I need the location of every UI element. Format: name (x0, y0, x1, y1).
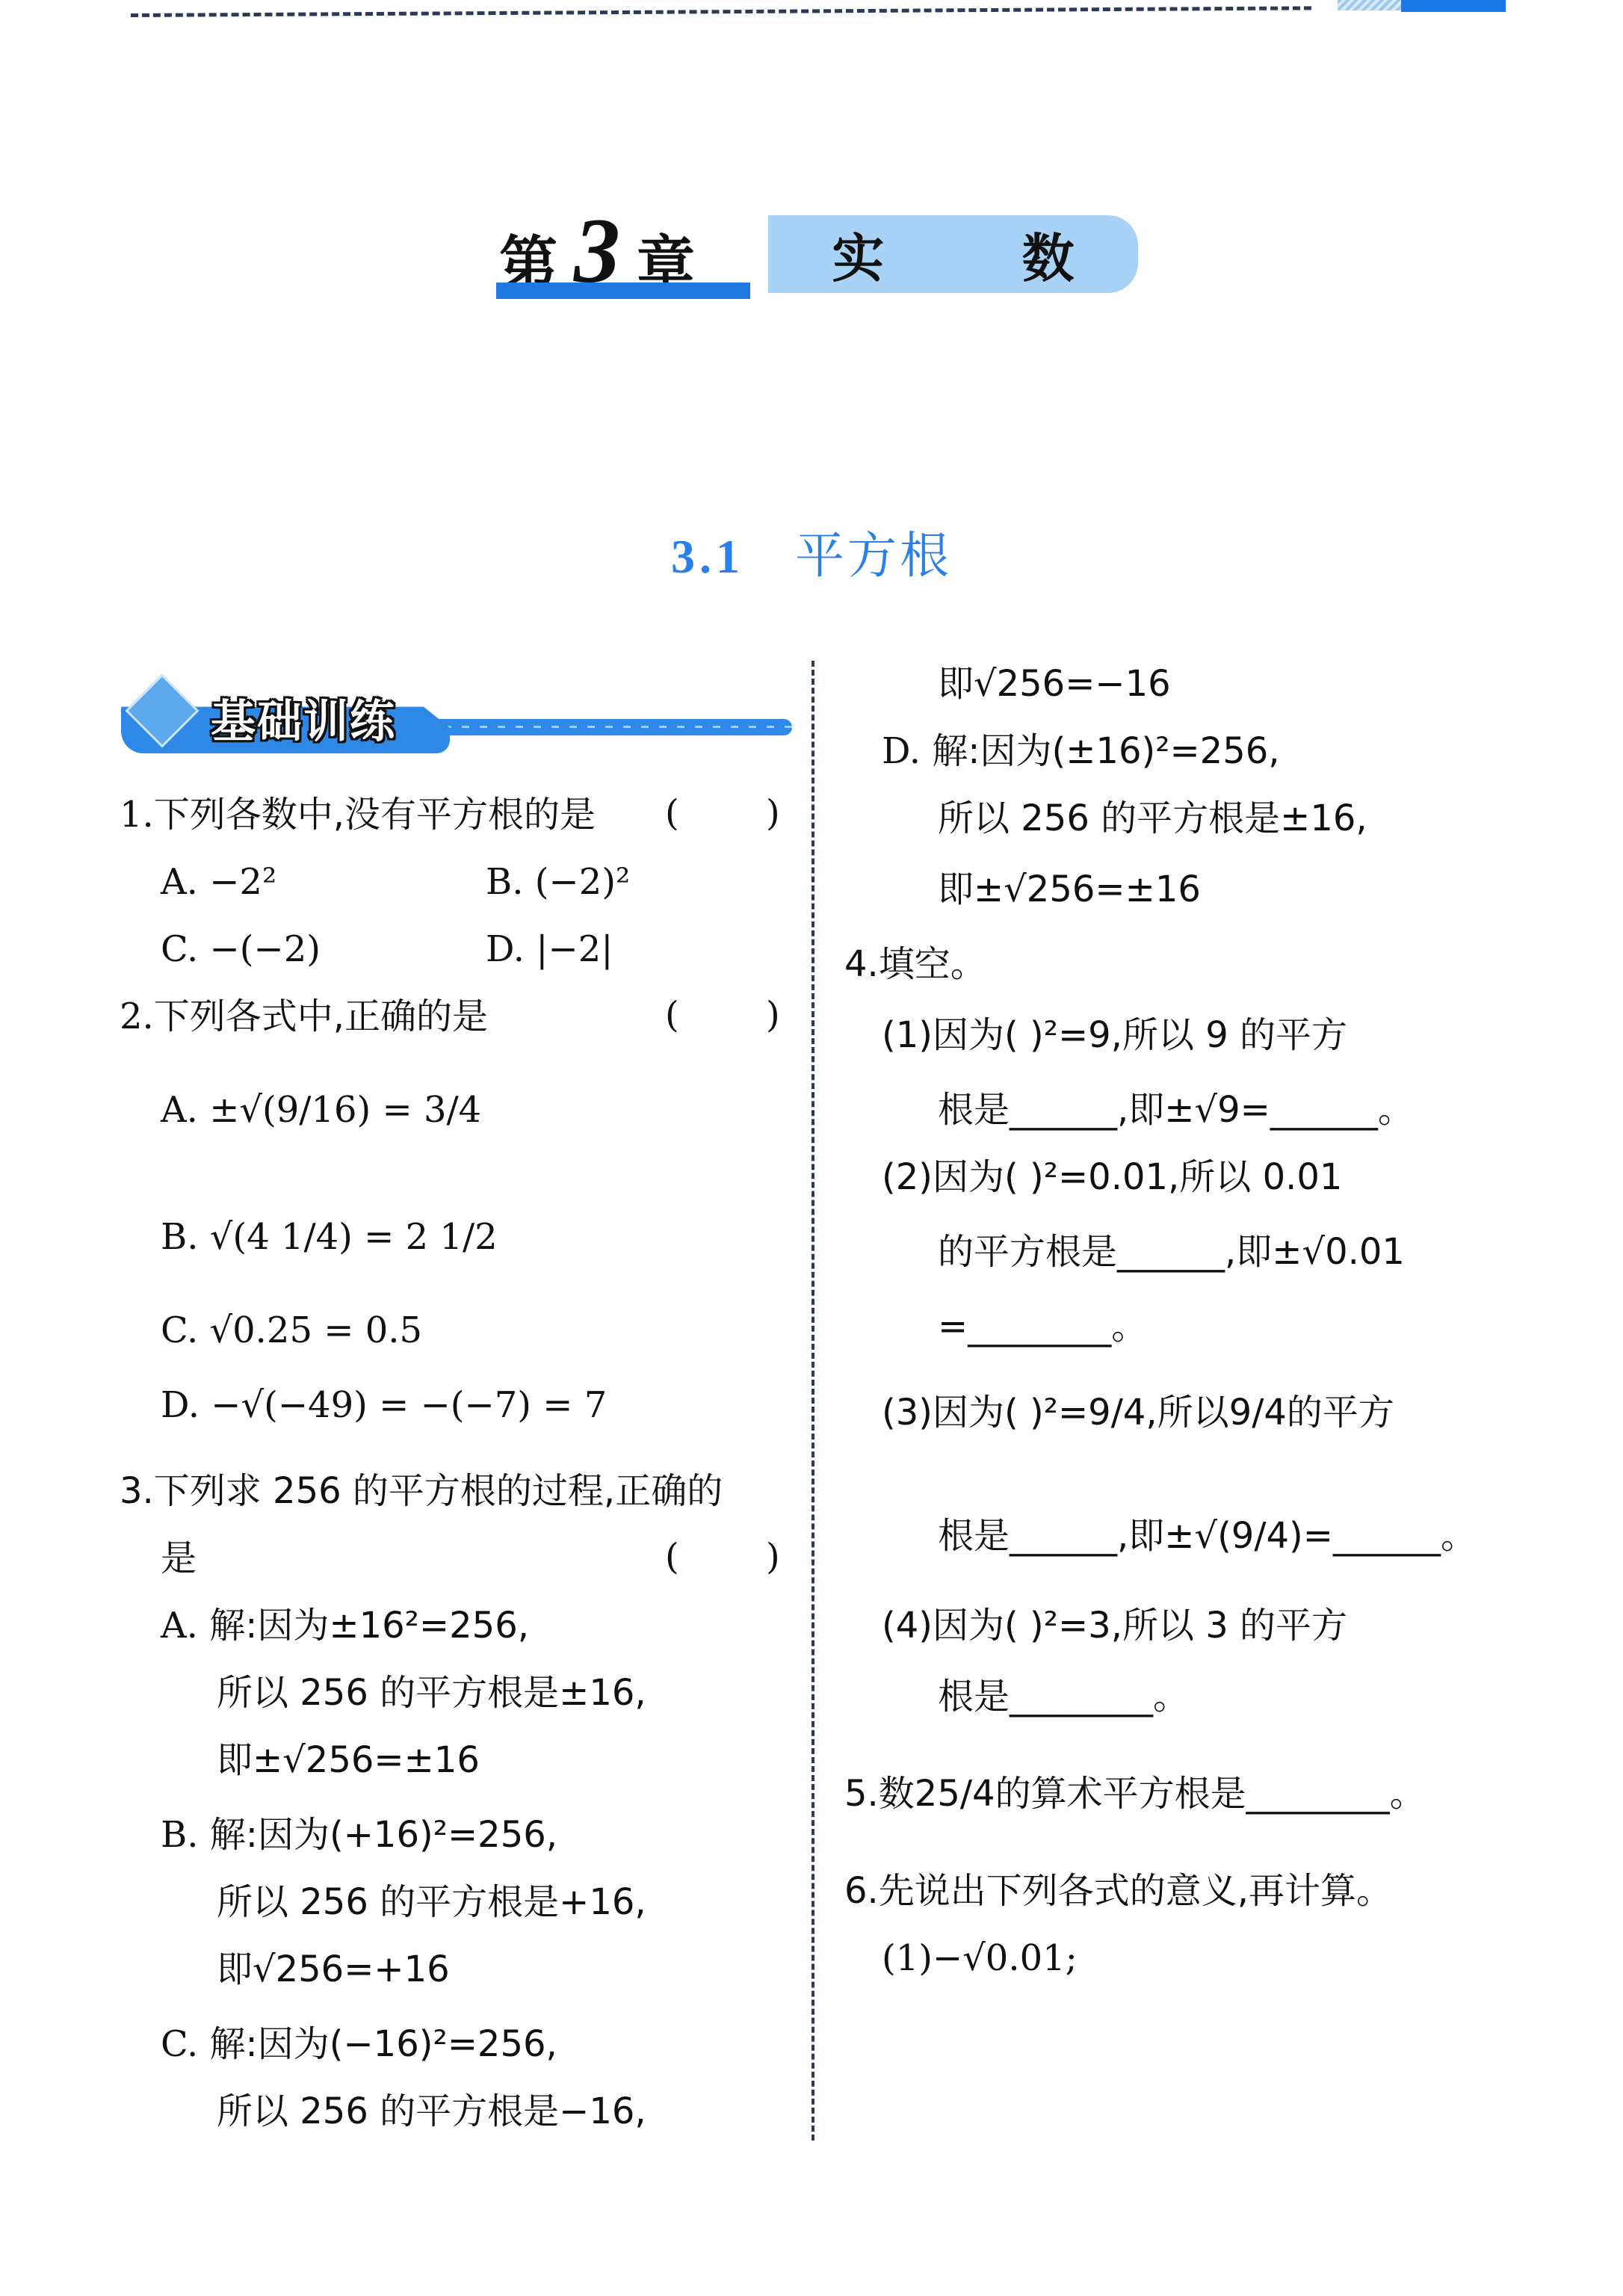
option-3b[interactable]: B. 解:因为(+16)²=256, (161, 1812, 557, 1857)
option-3b-line2: 所以 256 的平方根是+16, (217, 1880, 646, 1925)
option-3a[interactable]: A. 解:因为±16²=256, (161, 1603, 529, 1648)
top-dashed-border (131, 6, 1311, 17)
section-title: 3.1 平方根 (671, 516, 952, 587)
part-text: 因为( )²=0.01,所以 0.01 (933, 1156, 1342, 1198)
option-label: D. (161, 1384, 200, 1426)
option-3c-line3: 即√256=−16 (938, 661, 1171, 706)
question-number: 5. (844, 1773, 879, 1815)
question-5[interactable]: 5.数25/4的算术平方根是________。 (844, 1771, 1426, 1816)
q4-part2-line1: (2)因为( )²=0.01,所以 0.01 (882, 1155, 1342, 1200)
section-name: 平方根 (795, 516, 952, 587)
option-3c[interactable]: C. 解:因为(−16)²=256, (161, 2022, 557, 2067)
section-number: 3.1 (671, 529, 744, 584)
option-3a-line2: 所以 256 的平方根是±16, (217, 1670, 646, 1715)
option-label: B. (486, 861, 524, 903)
part-label: (3) (882, 1392, 933, 1434)
option-expr: √(4 1/4) = 2 1/2 (210, 1216, 498, 1258)
option-expr: −√(−49) = −(−7) = 7 (211, 1384, 607, 1426)
option-line: 解:因为±16²=256, (209, 1605, 529, 1647)
part-label: (1) (882, 1937, 933, 1979)
question-number: 3. (120, 1470, 154, 1512)
option-label: C. (161, 2023, 198, 2065)
basic-training-banner: 基础训练 (120, 680, 792, 762)
option-3a-line3: 即±√256=±16 (217, 1738, 480, 1783)
option-label: B. (161, 1216, 199, 1258)
q4-part2-line2[interactable]: 的平方根是______,即±√0.01 (938, 1229, 1405, 1274)
question-stem: 下列各数中,没有平方根的是 (154, 794, 596, 836)
option-3d-line2: 所以 256 的平方根是±16, (938, 796, 1367, 841)
answer-paren-close: ) (766, 792, 780, 834)
option-label: D. (486, 928, 525, 970)
option-line: 解:因为(+16)²=256, (210, 1814, 557, 1856)
question-3: 3.下列求 256 的平方根的过程,正确的 (120, 1469, 723, 1513)
option-2c[interactable]: C. √0.25 = 0.5 (161, 1308, 422, 1353)
option-label: C. (161, 928, 198, 970)
option-3b-line3: 即√256=+16 (217, 1947, 450, 1992)
option-label: A. (161, 1605, 198, 1647)
answer-paren-open: ( (665, 1536, 679, 1578)
column-divider (811, 661, 814, 2141)
question-number: 4. (844, 943, 879, 985)
question-number: 6. (844, 1870, 879, 1912)
q4-part3-line1: (3)因为( )²=9/4,所以9/4的平方 (882, 1390, 1394, 1435)
q4-part2-line3[interactable]: =________。 (938, 1304, 1147, 1349)
answer-paren-open: ( (665, 994, 679, 1036)
option-label: C. (161, 1309, 198, 1351)
part-label: (2) (882, 1156, 933, 1198)
option-3d-line3: 即±√256=±16 (938, 867, 1201, 912)
q4-part1-line2[interactable]: 根是______,即±√9=______。 (938, 1087, 1414, 1132)
part-label: (4) (882, 1605, 933, 1647)
option-line: 解:因为(−16)²=256, (210, 2023, 557, 2065)
question-2: 2.下列各式中,正确的是 (120, 994, 488, 1039)
question-stem: 先说出下列各式的意义,再计算。 (879, 1870, 1392, 1912)
question-1: 1.下列各数中,没有平方根的是 (120, 792, 596, 837)
option-1d[interactable]: D. |−2| (486, 927, 613, 972)
answer-paren-close: ) (766, 1536, 780, 1578)
option-2b[interactable]: B. √(4 1/4) = 2 1/2 (161, 1196, 498, 1278)
option-label: D. (882, 730, 921, 772)
option-1c[interactable]: C. −(−2) (161, 927, 321, 972)
option-expr: ±√(9/16) = 3/4 (209, 1089, 481, 1131)
part-expr: −√0.01; (933, 1937, 1078, 1979)
option-expr: √0.25 = 0.5 (210, 1309, 423, 1351)
option-label: A. (161, 1089, 198, 1131)
answer-paren-open: ( (665, 792, 679, 834)
option-3c-line2: 所以 256 的平方根是−16, (217, 2089, 646, 2134)
q4-part4-line2[interactable]: 根是________。 (938, 1674, 1189, 1719)
q4-part1-line1: (1)因为( )²=9,所以 9 的平方 (882, 1013, 1347, 1058)
option-1a[interactable]: A. −2² (161, 860, 276, 904)
top-blue-tab (1401, 0, 1506, 12)
option-1b[interactable]: B. (−2)² (486, 860, 630, 904)
option-expr: −2² (209, 861, 276, 903)
option-expr: −(−2) (210, 928, 321, 970)
chapter-title-banner: 实 数 (768, 215, 1138, 293)
option-3d[interactable]: D. 解:因为(±16)²=256, (882, 729, 1280, 774)
q4-part3-line2[interactable]: 根是______,即±√(9/4)=______。 (938, 1513, 1477, 1558)
option-label: A. (161, 861, 198, 903)
option-2a[interactable]: A. ±√(9/16) = 3/4 (161, 1069, 481, 1151)
question-stem: 下列各式中,正确的是 (154, 996, 488, 1037)
part-text: 因为( )²=9,所以 9 的平方 (933, 1014, 1347, 1056)
option-expr: |−2| (536, 928, 613, 970)
banner-ribbon (433, 719, 792, 735)
part-text: 因为( )²=9/4,所以9/4的平方 (933, 1392, 1394, 1434)
question-stem: 填空。 (879, 943, 986, 985)
option-line: 解:因为(±16)²=256, (932, 730, 1279, 772)
chapter-heading: 第 3 章 (499, 196, 695, 293)
question-stem: 数25/4的算术平方根是________。 (879, 1773, 1426, 1815)
chapter-number: 3 (574, 209, 620, 293)
part-label: (1) (882, 1014, 933, 1056)
question-6: 6.先说出下列各式的意义,再计算。 (844, 1868, 1392, 1913)
part-text: 因为( )²=3,所以 3 的平方 (933, 1605, 1347, 1647)
top-hatch-decoration (1338, 0, 1401, 10)
chapter-underline (496, 283, 750, 299)
banner-label: 基础训练 (211, 686, 396, 750)
answer-paren-close: ) (766, 994, 780, 1036)
question-4: 4.填空。 (844, 942, 986, 987)
q4-part4-line1: (4)因为( )²=3,所以 3 的平方 (882, 1603, 1347, 1648)
question-stem-line1: 下列求 256 的平方根的过程,正确的 (154, 1470, 723, 1512)
question-number: 2. (120, 996, 154, 1037)
option-2d[interactable]: D. −√(−49) = −(−7) = 7 (161, 1383, 607, 1428)
option-expr: (−2)² (535, 861, 630, 903)
chapter-title: 实 数 (832, 217, 1134, 292)
option-label: B. (161, 1814, 199, 1856)
question-number: 1. (120, 794, 154, 836)
question-3-stem-line2: 是 (161, 1536, 197, 1581)
q6-part1: (1)−√0.01; (882, 1936, 1078, 1981)
